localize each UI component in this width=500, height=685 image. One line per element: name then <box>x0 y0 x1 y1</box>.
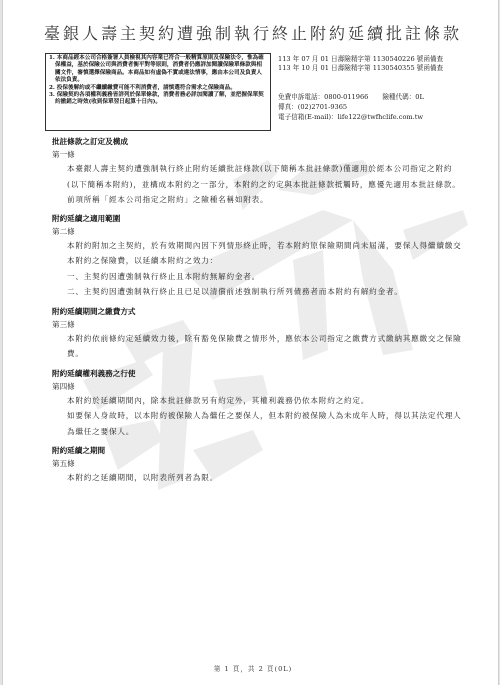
notice-item: 2. 投保後解約或不繼續繳費可能不利消費者，請慎選符合需求之保險商品。 <box>49 85 267 92</box>
section-heading: 附約延續之期間 <box>52 445 462 457</box>
notice-item: 3. 保險契約各項權利義務皆詳列於保單條款，消費者務必詳加閱讀了解，並把握保單契… <box>49 92 267 107</box>
document-body: 批註條款之訂定及構成 第一條 本臺銀人壽主契約遭強制執行終止附約延續批註條款(以… <box>52 136 462 486</box>
section-heading: 批註條款之訂定及構成 <box>52 136 462 148</box>
paragraph: 如要保人身故時，以本附約被保險人為繼任之要保人，但本附約被保險人為未成年人時，得… <box>67 408 462 439</box>
section-heading: 附約延續之適用範圍 <box>52 213 462 225</box>
notice-item: 1. 本商品經本公司合格簽署人員檢視其內容業已符合一般精算原則及保險法令，惟為確… <box>49 55 267 85</box>
document-page: 臺銀人壽主契約遭強制執行終止附約延續批註條款 1. 本商品經本公司合格簽署人員檢… <box>2 0 499 685</box>
product-code: 險種代碼：0L <box>382 93 424 101</box>
contact-info: 免費申訴電話：0800-011966險種代碼：0L 傳真：(02)2701-93… <box>278 92 498 122</box>
list-item: 一、主契約因遭強制執行終止且本附約無解約金者。 <box>67 269 462 285</box>
article-number: 第五條 <box>52 457 462 470</box>
approval-line: 113 年 10 月 01 日壽險精字第 1130540355 號函備查 <box>278 64 498 73</box>
section-heading: 附約延續權利義務之行使 <box>52 368 462 380</box>
consumer-notice-box: 1. 本商品經本公司合格簽署人員檢視其內容業已符合一般精算原則及保險法令，惟為確… <box>45 53 271 131</box>
article-number: 第三條 <box>52 318 462 331</box>
email: 電子信箱(E-mail)：life122@twfhclife.com.tw <box>278 112 498 122</box>
list-item: 二、主契約因遭強制執行終止且已足以清償前述強制執行所列債務者而本附約有解約金者。 <box>67 284 462 300</box>
paragraph: 本臺銀人壽主契約遭強制執行終止附約延續批註條款(以下簡稱本批註條款)僅適用於經本… <box>67 161 462 192</box>
paragraph: 前項所稱「經本公司指定之附約」之險種名稱如附表。 <box>67 192 462 208</box>
paragraph: 本附約依前條約定延續效力後，除有豁免保險費之情形外，應依本公司指定之繳費方式繳納… <box>67 331 462 362</box>
article-number: 第二條 <box>52 225 462 238</box>
fax: 傳真：(02)2701-9365 <box>278 102 498 112</box>
article-number: 第一條 <box>52 148 462 161</box>
approval-references: 113 年 07 月 01 日壽險精字第 1130540226 號函備查 113… <box>278 55 498 73</box>
article-number: 第四條 <box>52 380 462 393</box>
paragraph: 本附約之延續期間，以附表所列者為限。 <box>67 470 462 486</box>
page-footer: 第 1 頁，共 2 頁(0L) <box>3 663 499 673</box>
document-title: 臺銀人壽主契約遭強制執行終止附約延續批註條款 <box>3 21 499 44</box>
section-heading: 附約延續期間之繳費方式 <box>52 306 462 318</box>
paragraph: 本附約附加之主契約，於有效期間內因下列情形終止時，若本附約原保險期間尚未屆滿，要… <box>67 238 462 269</box>
approval-line: 113 年 07 月 01 日壽險精字第 1130540226 號函備查 <box>278 55 498 64</box>
hotline: 免費申訴電話：0800-011966 <box>278 93 368 101</box>
paragraph: 本附約於延續期間內，除本批註條款另有約定外，其權利義務仍依本附約之約定。 <box>67 393 462 409</box>
